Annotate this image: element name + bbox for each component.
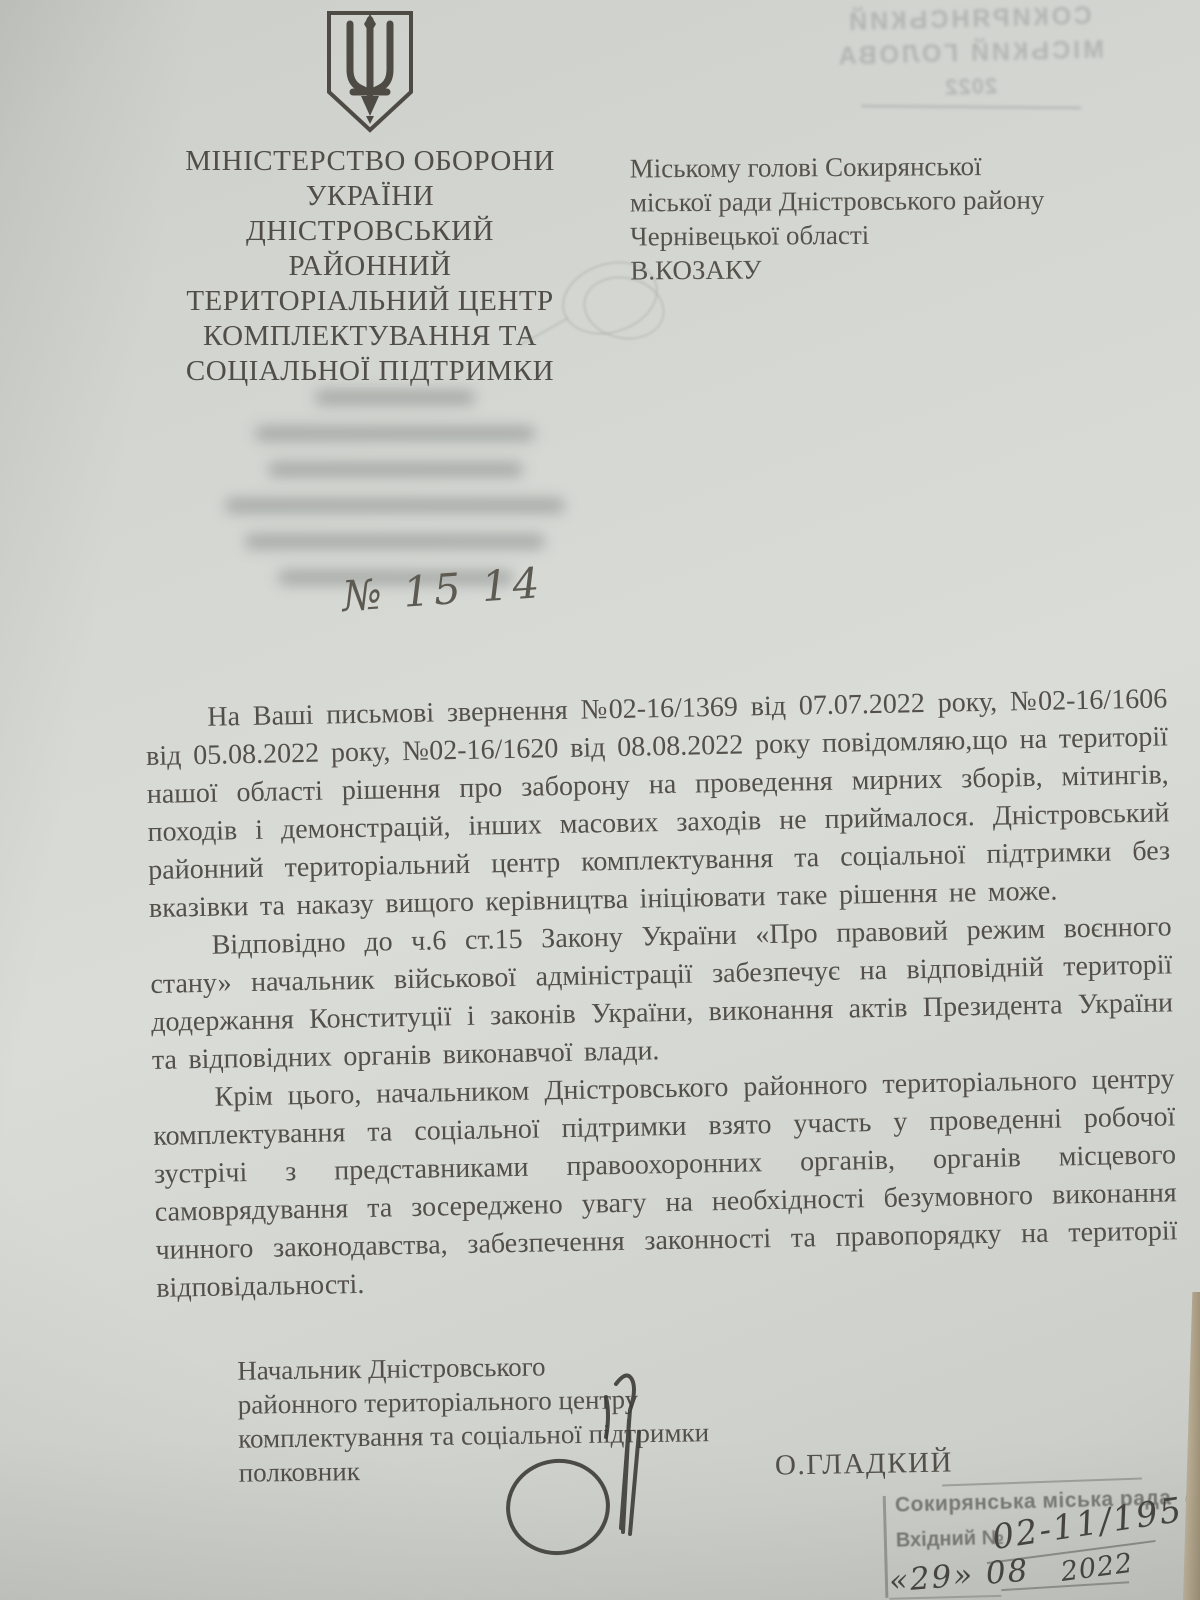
body-paragraph: Відповідно до ч.6 ст.15 Закону України «… bbox=[149, 908, 1174, 1080]
blurred-address-line bbox=[255, 426, 535, 441]
letterhead-line: МІНІСТЕРСТВО ОБОРОНИ bbox=[168, 144, 572, 179]
letterhead-line: КОМПЛЕКТУВАННЯ ТА bbox=[168, 319, 572, 354]
stamp-incoming-label: Вхідний № bbox=[896, 1527, 1005, 1553]
ukraine-trident-emblem-icon bbox=[319, 8, 421, 136]
blurred-address-line bbox=[245, 534, 545, 549]
letterhead-line: РАЙОННИЙ bbox=[168, 249, 572, 284]
letterhead-line: ДНІСТРОВСЬКИЙ bbox=[168, 214, 572, 249]
signer-name: О.ГЛАДКИЙ bbox=[775, 1446, 953, 1482]
table-edge-background bbox=[1183, 1292, 1200, 1600]
blurred-address-line bbox=[315, 390, 475, 405]
recipient-line: Міському голові Сокирянської bbox=[630, 149, 1050, 186]
letterhead: МІНІСТЕРСТВО ОБОРОНИ УКРАЇНИ ДНІСТРОВСЬК… bbox=[168, 8, 572, 389]
blurred-address-line bbox=[268, 462, 523, 477]
letter-body: На Ваші письмові звернення №02-16/1369 в… bbox=[145, 680, 1178, 1308]
faint-pen-doodle bbox=[520, 238, 700, 368]
letterhead-line: ТЕРИТОРІАЛЬНИЙ ЦЕНТР bbox=[168, 284, 572, 319]
stamp-border-line bbox=[883, 1496, 889, 1598]
letterhead-line: УКРАЇНИ bbox=[168, 179, 572, 214]
body-paragraph: Крім цього, начальником Дністровського р… bbox=[152, 1060, 1178, 1308]
stamp-date-handwritten: «29» 08 bbox=[888, 1553, 1031, 1600]
recipient-line: міської ради Дністровського району bbox=[630, 183, 1050, 220]
letterhead-line: СОЦІАЛЬНОЇ ПІДТРИМКИ bbox=[168, 354, 572, 389]
bleed-through-stamp: СОКИРЯНСЬКИЙ МІСЬКИЙ ГОЛОВА 2022 bbox=[759, 0, 1182, 125]
handwritten-signature bbox=[478, 1362, 678, 1577]
blurred-address-line bbox=[225, 498, 565, 513]
scanned-letter-page: СОКИРЯНСЬКИЙ МІСЬКИЙ ГОЛОВА 2022 МІНІСТЕ… bbox=[0, 0, 1200, 1600]
body-paragraph: На Ваші письмові звернення №02-16/1369 в… bbox=[145, 680, 1171, 928]
bleed-underline bbox=[861, 105, 1081, 109]
incoming-registration-stamp: Сокирянська міська рада Вхідний № 02-11/… bbox=[882, 1478, 1185, 1600]
